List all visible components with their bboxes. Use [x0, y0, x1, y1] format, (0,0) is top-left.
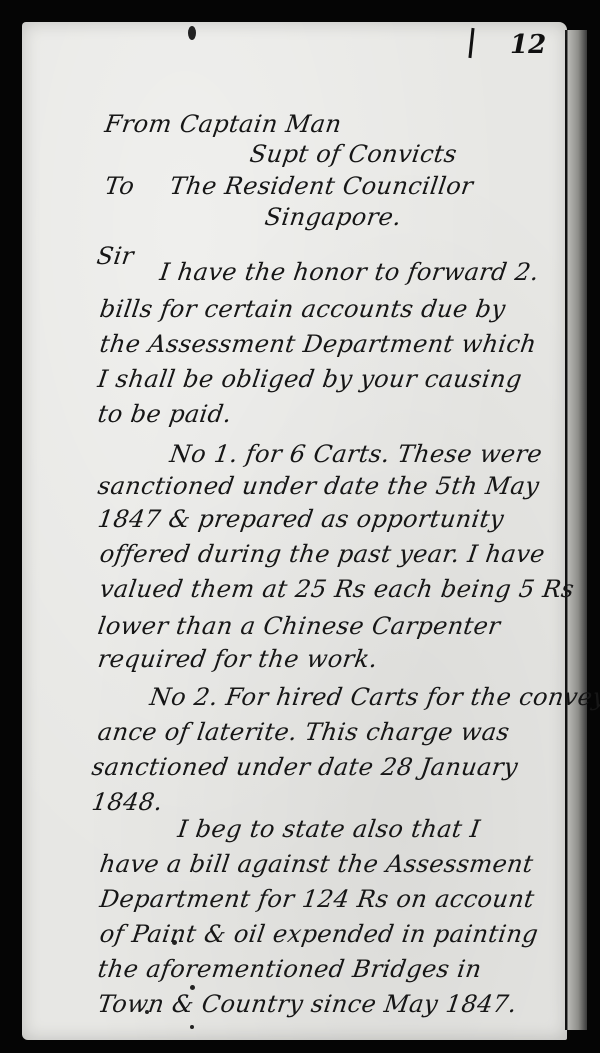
from-title: Supt of Convicts: [248, 140, 459, 168]
ink-blot: [190, 1025, 194, 1029]
letter-line: bills for certain accounts due by: [98, 295, 507, 323]
letter-line: 1847 & prepared as opportunity: [96, 505, 506, 533]
letter-line: Town & Country since May 1847.: [96, 990, 519, 1018]
letter-line: ance of laterite. This charge was: [96, 718, 511, 746]
to-location: Singapore.: [263, 203, 403, 231]
letter-line: to be paid.: [96, 400, 234, 428]
from-line: From Captain Man: [103, 110, 343, 138]
letter-line: required for the work.: [96, 645, 380, 673]
letter-line: 1848.: [90, 788, 165, 816]
to-prefix: To: [103, 172, 136, 200]
ink-blot: [190, 985, 195, 990]
letter-line: lower than a Chinese Carpenter: [96, 612, 502, 640]
binding-edge: [565, 30, 587, 1030]
letter-line: the Assessment Department which: [98, 330, 538, 358]
letter-line: I have the honor to forward 2.: [158, 258, 541, 286]
letter-line: I beg to state also that I: [176, 815, 482, 843]
folio-number: 12: [510, 30, 546, 60]
letter-line: of Paint & oil expended in painting: [98, 920, 540, 948]
letter-line: sanctioned under date 28 January: [90, 753, 520, 781]
letter-line: No 1. for 6 Carts. These were: [168, 440, 544, 468]
to-line: The Resident Councillor: [168, 172, 475, 200]
binding-line: [565, 40, 567, 1030]
letter-line: No 2. For hired Carts for the convey-: [148, 683, 600, 711]
ink-blot: [145, 1010, 149, 1014]
letter-line: Department for 124 Rs on account: [98, 885, 536, 913]
salutation: Sir: [95, 242, 136, 270]
ink-blot: [172, 940, 177, 945]
letter-line: offered during the past year. I have: [98, 540, 547, 568]
ink-blot: [188, 26, 196, 40]
letter-line: valued them at 25 Rs each being 5 Rs: [98, 575, 576, 603]
letter-line: have a bill against the Assessment: [98, 850, 535, 878]
letter-line: the aforementioned Bridges in: [96, 955, 483, 983]
letter-line: sanctioned under date the 5th May: [96, 472, 541, 500]
letter-line: I shall be obliged by your causing: [96, 365, 524, 393]
